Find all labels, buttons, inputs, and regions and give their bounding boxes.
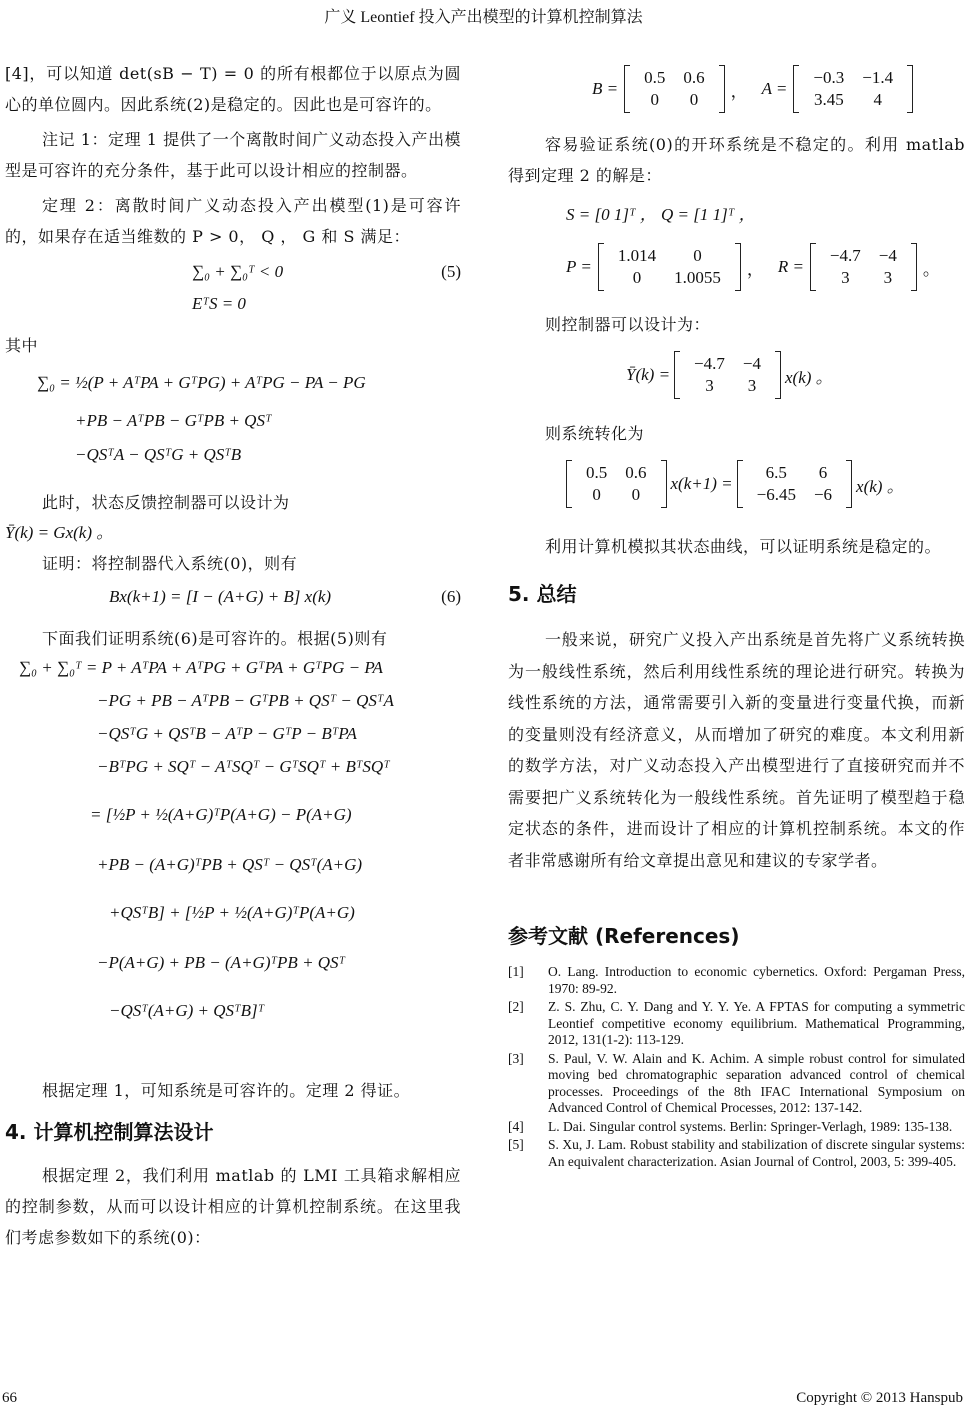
paragraph: 则系统转化为	[508, 418, 965, 449]
equation-5: ∑₀ + ∑₀ᵀ < 0 (5)	[5, 262, 461, 294]
running-header: 广义 Leontief 投入产出模型的计算机控制算法	[0, 4, 967, 27]
equation-5b: EᵀS = 0	[5, 294, 461, 330]
equation-6: Bx(k+1) = [I − (A+G) + B] x(k) (6)	[5, 579, 461, 623]
matrix-R: −4.7−4 33	[810, 243, 917, 291]
paragraph: 根据定理 2，我们利用 matlab 的 LMI 工具箱求解相应的控制参数，从而…	[5, 1160, 461, 1253]
matrix-A: −0.3−1.4 3.454	[793, 65, 913, 113]
matrix-right: 6.56 −6.45−6	[737, 460, 852, 508]
equation-number: (5)	[441, 262, 461, 282]
matrix-B: 0.50.6 00	[624, 65, 725, 113]
references-heading: 参考文献 (References)	[508, 920, 965, 964]
sigma0-line-2: +PB − AᵀPB − GᵀPB + QSᵀ	[5, 411, 461, 445]
right-column: B = 0.50.6 00 ， A = −0.3−1.4 3.454 容易验证系…	[508, 55, 965, 1172]
paragraph: 下面我们证明系统(6)是可容许的。根据(5)则有	[5, 623, 461, 654]
left-column: [4]，可以知道 det(sB − T) = 0 的所有根都位于以原点为圆心的单…	[5, 58, 461, 1253]
reference-item: [3]S. Paul, V. W. Alain and K. Achim. A …	[508, 1051, 965, 1117]
reference-item: [5]S. Xu, J. Lam. Robust stability and s…	[508, 1137, 965, 1170]
closed-loop-equation: 0.50.6 00 x(k+1) = 6.56 −6.45−6 x(k) 。	[508, 449, 965, 519]
matrix-left: 0.50.6 00	[566, 460, 667, 508]
paragraph: 此时，状态反馈控制器可以设计为	[5, 487, 461, 518]
controller-equation: Ȳ(k) = Gx(k) 。	[5, 518, 461, 548]
equation-number: (6)	[441, 579, 461, 615]
where-label: 其中	[5, 330, 461, 361]
page-number: 66	[2, 1390, 17, 1407]
section-heading-5: 5. 总结	[508, 578, 965, 624]
paragraph: 容易验证系统(0)的开环系统是不稳定的。利用 matlab 得到定理 2 的解是…	[508, 129, 965, 191]
matrix-P: 1.0140 01.0055	[598, 243, 741, 291]
references-list: [1]O. Lang. Introduction to economic cyb…	[508, 964, 965, 1170]
proof-intro: 证明：将控制器代入系统(0)，则有	[5, 548, 461, 579]
copyright: Copyright © 2013 Hanspub	[796, 1390, 963, 1407]
reference-item: [1]O. Lang. Introduction to economic cyb…	[508, 964, 965, 997]
reference-item: [4]L. Dai. Singular control systems. Ber…	[508, 1119, 965, 1136]
matrix-P-R: P = 1.0140 01.0055 ， R = −4.7−4 33 。	[508, 233, 965, 301]
proof-derivation: ∑₀ + ∑₀ᵀ = P + AᵀPA + AᵀPG + GᵀPA + GᵀPG…	[5, 658, 461, 1061]
paragraph: 则控制器可以设计为：	[508, 309, 965, 340]
sigma0-line-3: −QSᵀA − QSᵀG + QSᵀB	[5, 445, 461, 481]
paragraph: [4]，可以知道 det(sB − T) = 0 的所有根都位于以原点为圆心的单…	[5, 58, 461, 120]
paragraph: 利用计算机模拟其状态曲线，可以证明系统是稳定的。	[508, 531, 965, 562]
controller-matrix-equation: Ȳ(k) = −4.7−4 33 x(k) 。	[508, 340, 965, 410]
reference-item: [2]Z. S. Zhu, C. Y. Dang and Y. Y. Ye. A…	[508, 999, 965, 1049]
sigma0-line-1: ∑₀ = ½(P + AᵀPA + GᵀPG) + AᵀPG − PA − PG	[5, 373, 461, 411]
theorem-2: 定理 2：离散时间广义动态投入产出模型(1)是可容许的，如果存在适当维数的 P …	[5, 190, 461, 252]
conclusion-paragraph: 一般来说，研究广义投入产出系统是首先将广义系统转换为一般线性系统，然后利用线性系…	[508, 624, 965, 876]
S-Q-solution: S = [0 1]ᵀ ， Q = [1 1]ᵀ ，	[508, 197, 965, 233]
remark-1: 注记 1：定理 1 提供了一个离散时间广义动态投入产出模型是可容许的充分条件，基…	[5, 124, 461, 186]
section-heading-4: 4. 计算机控制算法设计	[5, 1116, 461, 1160]
matrix-Y: −4.7−4 33	[674, 351, 781, 399]
paragraph: 根据定理 1，可知系统是可容许的。定理 2 得证。	[5, 1075, 461, 1106]
matrix-B-A: B = 0.50.6 00 ， A = −0.3−1.4 3.454	[508, 55, 965, 123]
